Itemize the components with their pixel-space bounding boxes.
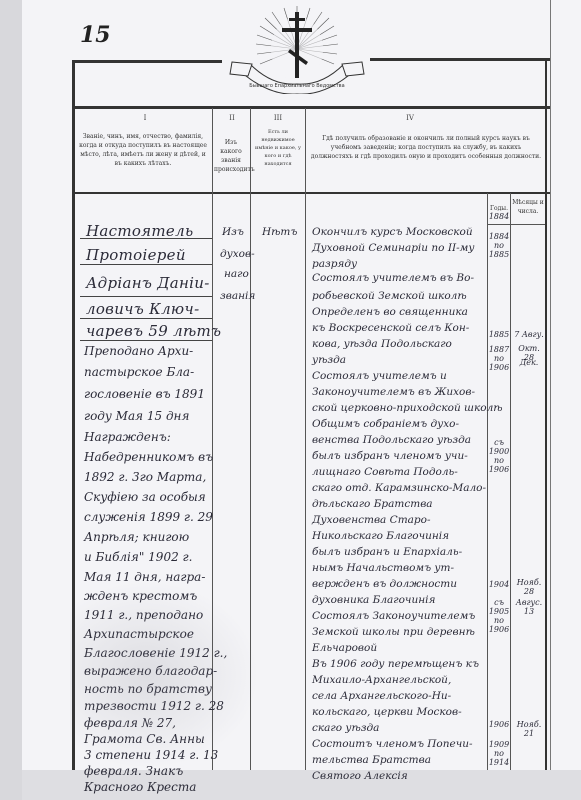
entry-date: Авгус. 13 xyxy=(514,598,544,616)
entry-col4-line: робьевской Земской школѣ xyxy=(312,290,467,302)
entry-col1-line: году Мая 15 дня xyxy=(84,409,189,423)
header-caption-col3: Есть ли недвижимое имѣніе и какое, у ког… xyxy=(252,128,304,168)
entry-col2-line: званія xyxy=(220,290,255,302)
entry-col1-line: и Библія" 1902 г. xyxy=(84,550,192,564)
column-divider-3 xyxy=(305,108,306,770)
frame-top-rule-right xyxy=(370,58,550,61)
entry-col1-line: Награжденъ: xyxy=(84,430,171,444)
frame-right-outer xyxy=(550,0,551,770)
entry-col1-line: Адріанъ Даніи- xyxy=(86,274,210,292)
entry-col1-line: Скуфіею за особыя xyxy=(84,490,206,504)
entry-col1-line: Набедренникомъ въ xyxy=(84,450,213,464)
entry-col4-line: Святого Алексія xyxy=(312,770,408,782)
entry-col4-line: ской церковно-приходской школѣ xyxy=(312,402,503,414)
entry-col4-line: Определенъ во священника xyxy=(312,306,468,318)
column-divider-5 xyxy=(510,193,511,770)
entry-col1-line: пастырское Бла- xyxy=(84,365,194,379)
entry-year: 1884 по 1885 xyxy=(488,232,510,259)
entry-col4-line: Ельчаровой xyxy=(312,642,377,654)
entry-col4-line: духовника Благочинія xyxy=(312,594,435,606)
entry-col4-line: кова, уѣзда Подольскаго xyxy=(312,338,452,350)
orthodox-cross-radiant-icon: Бывшаго Епархиальнаго Ведомства xyxy=(222,4,372,94)
frame-right-border xyxy=(545,58,547,770)
entry-col1-line: ловичъ Ключ- xyxy=(86,300,199,318)
subheader-months-days: Мѣсяцы и числа. xyxy=(511,198,545,216)
entry-date: 7 Авгу. xyxy=(514,330,544,339)
entry-year: 1884 xyxy=(488,212,510,221)
entry-col4-line: Въ 1906 году перемѣщенъ къ xyxy=(312,658,479,670)
entry-year: 1885 xyxy=(488,330,510,339)
entry-year: 1909 по 1914 xyxy=(488,740,510,767)
entry-col4-line: Состоитъ членомъ Попечи- xyxy=(312,738,473,750)
entry-col4-line: Духовной Семинаріи по II-му xyxy=(312,242,474,254)
entry-col1-line: Апрѣля; книгою xyxy=(84,530,189,544)
entry-col4-line: Михаило-Архангельской, xyxy=(312,674,451,686)
header-caption-col4: Гдѣ получилъ образованіе и окончилъ ли п… xyxy=(310,134,542,161)
entry-col1-line: Красного Креста xyxy=(84,780,196,794)
entry-col1-line: Протоіерей xyxy=(86,246,186,264)
entry-col4-line: къ Воскресенской селъ Кон- xyxy=(312,322,469,334)
underline xyxy=(80,318,212,319)
header-caption-col1: Званіе, чинъ, имя, отчество, фамилія, ко… xyxy=(78,132,208,168)
entry-year: съ 1900 по 1906 xyxy=(488,438,510,474)
entry-col2-line: наго xyxy=(224,268,249,280)
entry-year: 1904 xyxy=(488,580,510,589)
emblem-ribbon-text: Бывшаго Епархиальнаго Ведомства xyxy=(249,83,344,89)
entry-col4-line: былъ избранъ членомъ учи- xyxy=(312,450,468,462)
entry-col4-line: скаго отд. Карамзинско-Мало- xyxy=(312,482,486,494)
entry-col4-line: нымъ Начальствомъ ут- xyxy=(312,562,454,574)
entry-col4-line: скаго уѣзда xyxy=(312,722,379,734)
entry-col4-line: Общимъ собраніемъ духо- xyxy=(312,418,459,430)
entry-year: 1887 по 1906 xyxy=(488,345,510,372)
header-bottom-rule xyxy=(72,192,550,194)
entry-col2-line: духов- xyxy=(220,248,255,260)
entry-col4-line: села Архангельского-Ни- xyxy=(312,690,451,702)
entry-year: 1906 xyxy=(488,720,510,729)
entry-col1-line: 1892 г. 3го Марта, xyxy=(84,470,206,484)
entry-col4-line: Никольскаго Благочинія xyxy=(312,530,449,542)
header-letter-col3: III xyxy=(268,114,288,122)
entry-col4-line: Состоялъ учителемъ и xyxy=(312,370,447,382)
underline xyxy=(80,296,212,297)
entry-col4-line: венства Подольскаго уѣзда xyxy=(312,434,471,446)
underline xyxy=(80,264,212,265)
entry-date: Нояб. 28 xyxy=(514,578,544,596)
header-letter-col2: II xyxy=(222,114,242,122)
entry-col4-line: дѣльскаго Братства xyxy=(312,498,433,510)
entry-col4-line: лищнаго Совѣта Подоль- xyxy=(312,466,458,478)
folio-number: 15 xyxy=(80,22,111,48)
entry-col1-line: служенія 1899 г. 29 xyxy=(84,510,213,524)
entry-col4-line: Духовенства Старо- xyxy=(312,514,431,526)
scan-shadow xyxy=(70,580,260,770)
entry-col4-line: уѣзда xyxy=(312,354,346,366)
entry-col3-line: Нѣтъ xyxy=(262,226,297,238)
header-caption-col2: Изъ какого званія происходитъ xyxy=(214,138,248,174)
entry-date: Нояб. 21 xyxy=(514,720,544,738)
header-letter-col4: IV xyxy=(400,114,420,122)
column-divider-4 xyxy=(487,193,488,770)
subheader-rule xyxy=(487,224,545,225)
entry-col4-line: разряду xyxy=(312,258,357,270)
entry-col1-line: гословеніе въ 1891 xyxy=(84,387,205,401)
entry-col1-line: чаревъ 59 лѣтъ xyxy=(86,322,221,340)
entry-col4-line: Окончилъ курсъ Московской xyxy=(312,226,473,238)
entry-col4-line: кольскаго, церкви Москов- xyxy=(312,706,462,718)
entry-col4-line: вержденъ въ должности xyxy=(312,578,457,590)
header-letter-col1: I xyxy=(135,114,155,122)
entry-col2-line: Изъ xyxy=(222,226,244,238)
scan-margin xyxy=(0,0,22,800)
entry-col4-line: Земской школы при деревнѣ xyxy=(312,626,475,638)
underline xyxy=(80,340,212,341)
entry-year: съ 1905 по 1906 xyxy=(488,598,510,634)
entry-col1-line: Настоятель xyxy=(86,222,193,240)
entry-col4-line: Состоялъ учителемъ въ Во- xyxy=(312,272,474,284)
entry-col4-line: Состоялъ Законоучителемъ xyxy=(312,610,475,622)
frame-second-rule xyxy=(72,106,550,109)
entry-col4-line: Законоучителемъ въ Жихов- xyxy=(312,386,475,398)
frame-top-rule xyxy=(72,60,222,63)
entry-col4-line: былъ избранъ и Епархіаль- xyxy=(312,546,462,558)
entry-date: Дек. xyxy=(514,358,544,367)
entry-col1-line: Преподано Архи- xyxy=(84,344,193,358)
entry-col4-line: тельства Братства xyxy=(312,754,431,766)
